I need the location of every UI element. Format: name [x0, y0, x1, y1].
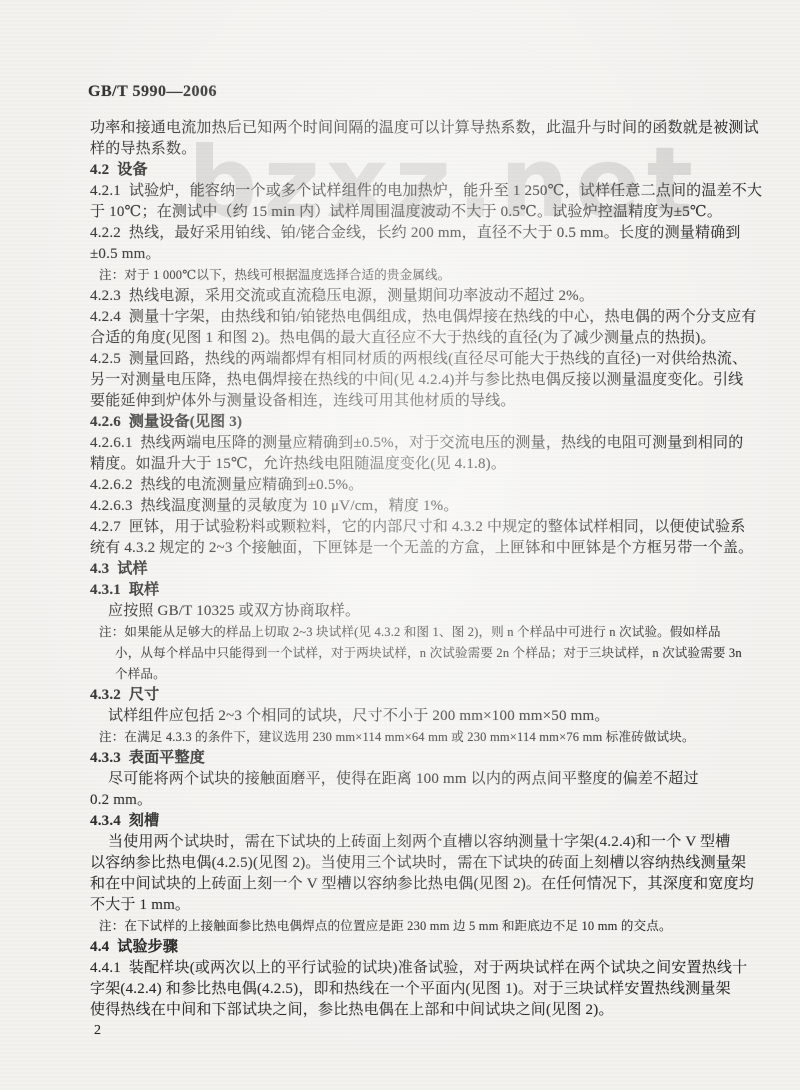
text-line: 注：在下试样的上接触面参比热电偶焊点的位置应是距 230 mm 边 5 mm 和… — [90, 916, 750, 937]
text-line: 另一对测量电压降，热电偶焊接在热线的中间(见 4.2.4)并与参比热电偶反接以测… — [90, 370, 750, 391]
standard-code-header: GB/T 5990—2006 — [88, 83, 217, 101]
text-line: 字架(4.2.4) 和参比热电偶(4.2.5)，即和热线在一个平面内(见图 1)… — [90, 979, 750, 1000]
document-body: 功率和接通电流加热后已知两个时间间隔的温度可以计算导热系数，此温升与时间的函数就… — [90, 118, 750, 1021]
text-line: 4.2.1 试验炉，能容纳一个或多个试样组件的电加热炉，能升至 1 250℃，试… — [90, 181, 750, 202]
text-line: 注：在满足 4.3.3 的条件下，建议选用 230 mm×114 mm×64 m… — [90, 727, 750, 748]
text-line: 4.2.6.3 热线温度测量的灵敏度为 10 μV/cm，精度 1%。 — [90, 496, 750, 517]
text-line: 统有 4.3.2 规定的 2~3 个接触面，下匣钵是一个无盖的方盒，上匣钵和中匣… — [90, 538, 750, 559]
section-heading-line: 4.4 试验步骤 — [90, 937, 750, 958]
text-line: 0.2 mm。 — [90, 790, 750, 811]
text-line: 4.2.3 热线电源，采用交流或直流稳压电源，测量期间功率波动不超过 2%。 — [90, 286, 750, 307]
text-line: 精度。如温升大于 15℃，允许热线电阻随温度变化(见 4.1.8)。 — [90, 454, 750, 475]
page-number: 2 — [94, 1023, 101, 1039]
section-heading-line: 4.3 试样 — [90, 559, 750, 580]
text-line: 应按照 GB/T 10325 或双方协商取样。 — [90, 601, 750, 622]
text-line: 4.2.2 热线，最好采用铂线、铂/铑合金线，长约 200 mm，直径不大于 0… — [90, 223, 750, 244]
text-line: 样的导热系数。 — [90, 139, 750, 160]
text-line: 小，从每个样品中只能得到一个试样，对于两块试样，n 次试验需要 2n 个样品；对… — [90, 643, 750, 664]
section-heading-line: 4.3.4 刻槽 — [90, 811, 750, 832]
text-line: 当使用两个试块时，需在下试块的上砖面上刻两个直槽以容纳测量十字架(4.2.4)和… — [90, 832, 750, 853]
section-heading-line: 4.2 设备 — [90, 160, 750, 181]
text-line: 功率和接通电流加热后已知两个时间间隔的温度可以计算导热系数，此温升与时间的函数就… — [90, 118, 750, 139]
text-line: 于 10℃；在测试中（约 15 min 内）试样周围温度波动不大于 0.5℃。试… — [90, 202, 750, 223]
section-heading-line: 4.2.6 测量设备(见图 3) — [90, 412, 750, 433]
scanned-page: { "page": { "standard_code": "GB/T 5990—… — [0, 0, 800, 1090]
text-line: 4.2.7 匣钵，用于试验粉料或颗粒料，它的内部尺寸和 4.3.2 中规定的整体… — [90, 517, 750, 538]
text-line: 以容纳参比热电偶(4.2.5)(见图 2)。当使用三个试块时，需在下试块的砖面上… — [90, 853, 750, 874]
section-heading-line: 4.3.3 表面平整度 — [90, 748, 750, 769]
text-line: 4.2.6.1 热线两端电压降的测量应精确到±0.5%，对于交流电压的测量，热线… — [90, 433, 750, 454]
text-line: 4.4.1 装配样块(或两次以上的平行试验的试块)准备试验，对于两块试样在两个试… — [90, 958, 750, 979]
text-line: 注：对于 1 000℃以下，热线可根据温度选择合适的贵金属线。 — [90, 265, 750, 286]
text-line: 4.2.6.2 热线的电流测量应精确到±0.5%。 — [90, 475, 750, 496]
text-line: 不大于 1 mm。 — [90, 895, 750, 916]
text-line: 注：如果能从足够大的样品上切取 2~3 块试样(见 4.3.2 和图 1、图 2… — [90, 622, 750, 643]
section-heading-line: 4.3.1 取样 — [90, 580, 750, 601]
text-line: 试样组件应包括 2~3 个相同的试块，尺寸不小于 200 mm×100 mm×5… — [90, 706, 750, 727]
text-line: 个样品。 — [90, 664, 750, 685]
text-line: 要能延伸到炉体外与测量设备相连，连线可用其他材质的导线。 — [90, 391, 750, 412]
text-line: ±0.5 mm。 — [90, 244, 750, 265]
text-line: 4.2.4 测量十字架，由热线和铂/铂铑热电偶组成，热电偶焊接在热线的中心，热电… — [90, 307, 750, 328]
section-heading-line: 4.3.2 尺寸 — [90, 685, 750, 706]
text-line: 和在中间试块的上砖面上刻一个 V 型槽以容纳参比热电偶(见图 2)。在任何情况下… — [90, 874, 750, 895]
text-line: 使得热线在中间和下部试块之间，参比热电偶在上部和中间试块之间(见图 2)。 — [90, 1000, 750, 1021]
text-line: 合适的角度(见图 1 和图 2)。热电偶的最大直径应不大于热线的直径(为了减少测… — [90, 328, 750, 349]
text-line: 尽可能将两个试块的接触面磨平，使得在距离 100 mm 以内的两点间平整度的偏差… — [90, 769, 750, 790]
text-line: 4.2.5 测量回路，热线的两端都焊有相同材质的两根线(直径尽可能大于热线的直径… — [90, 349, 750, 370]
